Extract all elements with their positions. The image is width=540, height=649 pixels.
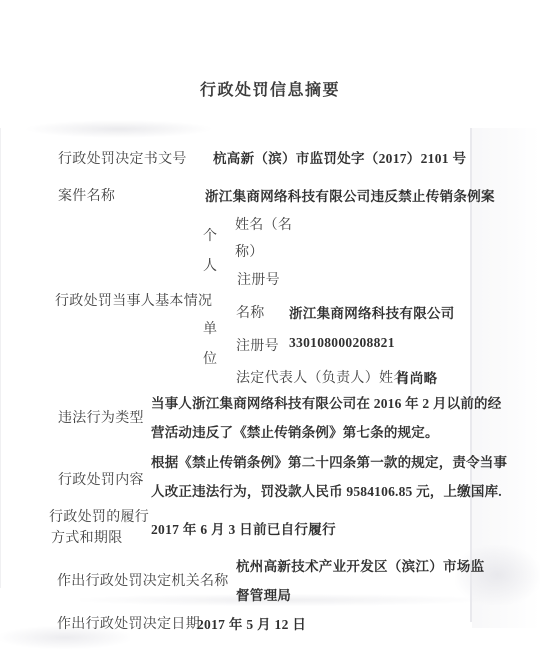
scan-smudge xyxy=(24,120,214,138)
decision-date-value: 2017 年 5 月 12 日 xyxy=(197,613,306,633)
party-unit-rep-label: 法定代表人（负责人）姓名 xyxy=(236,367,408,387)
party-unit-name-label: 名称 xyxy=(236,302,265,322)
party-unit-rep-value: 肖尚略 xyxy=(396,367,437,387)
violation-text-line1: 当事人浙江集商网络科技有限公司在 2016 年 2 月以前的经 xyxy=(151,389,501,418)
authority-label: 作出行政处罚决定机关名称 xyxy=(57,570,229,590)
party-label: 行政处罚当事人基本情况 xyxy=(55,290,212,310)
violation-text-line2: 营活动违反了《禁止传销条例》第七条的规定。 xyxy=(151,418,501,447)
party-individual-regno-label: 注册号 xyxy=(237,269,280,289)
penalty-label: 行政处罚内容 xyxy=(58,469,144,489)
party-individual-name-label: 姓名（名称） xyxy=(235,212,297,266)
party-unit-name-value: 浙江集商网络科技有限公司 xyxy=(289,302,455,322)
fulfillment-value: 2017 年 6 月 3 日前已自行履行 xyxy=(151,518,336,538)
party-individual-group-label: 个人 xyxy=(203,222,219,282)
page-title: 行政处罚信息摘要 xyxy=(0,77,540,100)
doc-no-value: 杭高新（滨）市监罚处字（2017）2101 号 xyxy=(213,147,466,167)
penalty-summary-document: 行政处罚信息摘要 行政处罚决定书文号 杭高新（滨）市监罚处字（2017）2101… xyxy=(0,0,540,649)
case-name-label: 案件名称 xyxy=(58,185,115,205)
penalty-text-line2: 人改正违法行为，罚没款人民币 9584106.85 元，上缴国库. xyxy=(151,477,507,506)
doc-no-label: 行政处罚决定书文号 xyxy=(58,148,187,168)
penalty-text-line1: 根据《禁止传销条例》第二十四条第一款的规定，责令当事 xyxy=(151,448,507,477)
penalty-text: 根据《禁止传销条例》第二十四条第一款的规定，责令当事 人改正违法行为，罚没款人民… xyxy=(151,448,507,506)
case-name-value: 浙江集商网络科技有限公司违反禁止传销条例案 xyxy=(205,185,495,205)
party-unit-regno-value: 330108000208821 xyxy=(289,335,395,351)
fulfillment-label-line2: 方式和期限 xyxy=(51,527,123,547)
table-left-border xyxy=(0,128,1,588)
party-unit-regno-label: 注册号 xyxy=(236,335,279,355)
decision-date-label: 作出行政处罚决定日期 xyxy=(57,613,200,633)
violation-text: 当事人浙江集商网络科技有限公司在 2016 年 2 月以前的经 营活动违反了《禁… xyxy=(151,389,501,447)
party-unit-group-label: 单位 xyxy=(203,315,219,375)
authority-value: 杭州高新技术产业开发区（滨江）市场监督管理局 xyxy=(236,552,486,610)
violation-label: 违法行为类型 xyxy=(58,407,144,427)
fulfillment-label-line1: 行政处罚的履行 xyxy=(49,506,149,526)
